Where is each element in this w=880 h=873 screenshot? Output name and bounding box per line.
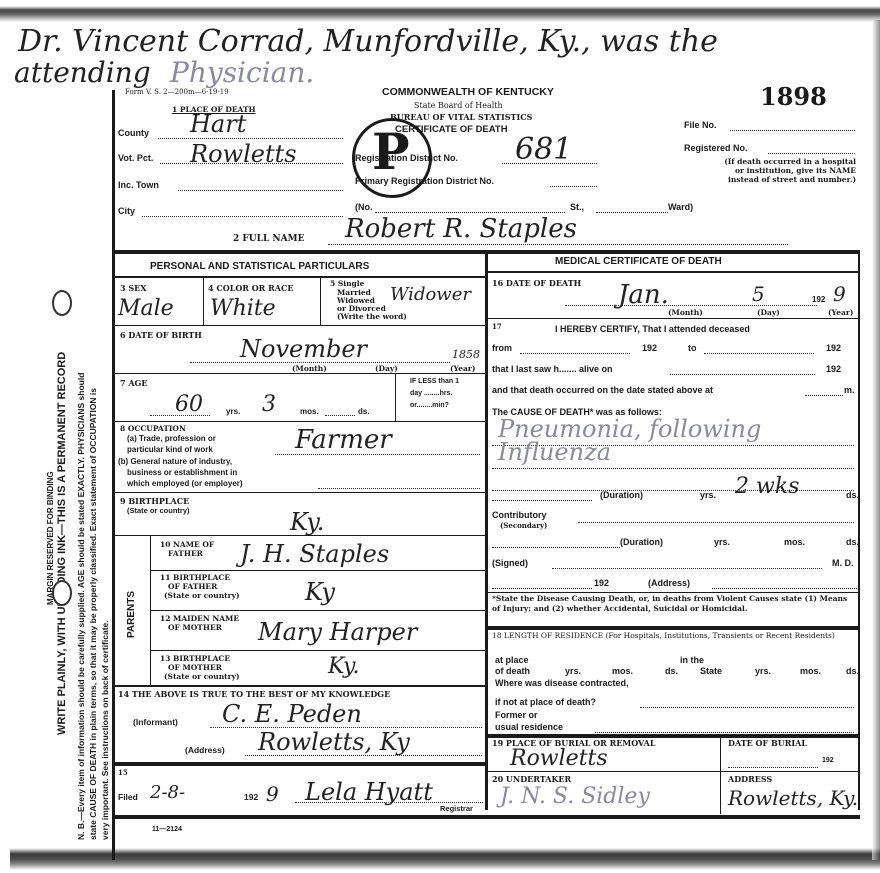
signed-line (552, 568, 822, 569)
age-months[interactable]: 3 (262, 392, 276, 417)
signed-label: (Signed) (492, 558, 528, 568)
occupation-a-1: (a) Trade, profession or (127, 434, 216, 443)
signed-year: 192 (594, 578, 609, 588)
color-label: 4 COLOR OR RACE (208, 283, 293, 293)
margin-instructions-2: state CAUSE OF DEATH in plain terms, so … (88, 388, 98, 840)
where-contracted-label: Where was disease contracted, (495, 678, 629, 688)
at-place-label: at place (495, 655, 529, 665)
occurred-m: m. (844, 385, 855, 395)
occurred-text: and that death occurred on the date stat… (492, 385, 713, 395)
inc-town-line (178, 190, 343, 191)
res-ds-2: ds. (846, 666, 859, 676)
contributory-line (578, 522, 854, 523)
dod-year-prefix: 192 (812, 295, 825, 304)
punch-hole-bottom (52, 580, 72, 606)
last-saw-line (670, 374, 815, 375)
dod-day-caption: (Day) (757, 308, 780, 317)
county-value[interactable]: Hart (190, 110, 246, 138)
usual-residence-label: usual residence (495, 722, 563, 732)
res-yrs-2: yrs. (755, 666, 771, 676)
parents-rule-1 (150, 570, 485, 571)
cause-line3-rule (492, 490, 854, 491)
filed-year-prefix: 192 (244, 792, 258, 802)
paper-edge-right (872, 20, 880, 860)
vot-pct-value[interactable]: Rowletts (190, 140, 297, 168)
res-yrs-1: yrs. (565, 666, 581, 676)
city-line (142, 216, 343, 217)
informant-value[interactable]: C. E. Peden (222, 700, 362, 728)
primary-registration-line (550, 186, 597, 187)
row-rule-3 (115, 421, 485, 422)
row-rule-2 (115, 373, 485, 374)
age-years-line (150, 415, 210, 416)
res-mos-2: mos. (800, 666, 821, 676)
dod-month-caption: (Month) (668, 308, 703, 317)
birthplace-label: 9 BIRTHPLACE (120, 496, 189, 506)
burial-date-label: DATE OF BURIAL (728, 738, 807, 748)
occupation-b-2: business or establishment in (127, 468, 237, 477)
informant-bottom-rule (115, 762, 485, 766)
cause-footnote: *State the Disease Causing Death, or, in… (492, 594, 854, 614)
former-label: Former or (495, 710, 538, 720)
duration-value[interactable]: 2 wks (735, 474, 799, 499)
parents-rule-3 (150, 650, 485, 651)
duration-lead-line (492, 500, 592, 501)
personal-heading: PERSONAL AND STATISTICAL PARTICULARS (150, 261, 369, 272)
age-less-divider (395, 373, 396, 421)
margin-instructions-3: very important. See instructions on back… (100, 620, 110, 840)
duration2-label: (Duration) (620, 537, 663, 547)
color-value[interactable]: White (210, 296, 276, 321)
mother-bp-3: (State or country) (164, 672, 240, 681)
vot-pct-label: Vot. Pct. (118, 153, 153, 163)
duration2-yrs: yrs. (714, 537, 730, 547)
header-board: State Board of Health (414, 101, 503, 110)
burial-divider (720, 736, 721, 814)
city-label: City (118, 206, 135, 216)
file-no-label: File No. (684, 120, 717, 130)
sex-label: 3 SEX (120, 283, 146, 293)
secondary-label: (Secondary) (500, 521, 547, 530)
no-label: (No. (355, 202, 373, 212)
st-label: St., (570, 202, 584, 212)
to-line (704, 353, 814, 354)
less-than-3: or........min? (410, 402, 449, 409)
father-value[interactable]: J. H. Staples (240, 540, 389, 568)
informant-address-label: (Address) (185, 745, 225, 755)
marital-value[interactable]: Widower (390, 284, 471, 305)
undertaker-value[interactable]: J. N. S. Sidley (500, 784, 650, 809)
write-plainly-notice: WRITE PLAINLY, WITH UNFADING INK—THIS IS… (56, 352, 68, 735)
color-marital-divider (320, 277, 321, 325)
father-label-1: 10 NAME OF (160, 540, 214, 549)
dod-line (565, 305, 817, 306)
signed-date-line (492, 588, 592, 589)
res-mos-1: mos. (612, 666, 633, 676)
of-death-label: of death (495, 666, 530, 676)
county-label: County (118, 128, 149, 138)
occupation-b-3: which employed (or employer) (127, 479, 243, 488)
full-name-line (328, 244, 788, 245)
contributory-label: Contributory (492, 510, 547, 520)
bottom-rule (115, 815, 860, 819)
hospital-note: (If death occurred in a hospital or inst… (718, 157, 856, 184)
parents-divider (150, 536, 151, 686)
duration2-mos: mos. (784, 537, 805, 547)
form-number: Form V. S. 2—200m—6-19-19 (125, 88, 229, 96)
header-bureau: BUREAU OF VITAL STATISTICS (390, 112, 532, 122)
md-label: M. D. (832, 558, 854, 568)
medical-address-label: (Address) (648, 578, 690, 588)
less-than-2: day ........hrs. (410, 390, 452, 397)
birthplace-value[interactable]: Ky. (290, 508, 324, 536)
ward-line (596, 212, 668, 213)
row-rule-4 (115, 492, 485, 493)
filed-date[interactable]: 2-8- (150, 782, 185, 803)
medical-rule-1 (487, 318, 858, 319)
center-divider (485, 250, 488, 810)
duration2-lead-line (492, 547, 620, 548)
burial-place-value[interactable]: Rowletts (510, 746, 608, 771)
inc-town-label: Inc. Town (118, 180, 159, 190)
duration-yrs-label: yrs. (700, 490, 716, 500)
mother-bp-1: 13 BIRTHPLACE (160, 654, 230, 663)
parents-rule-2 (150, 610, 485, 611)
marital-label-5: (Write the word) (337, 312, 407, 321)
informant-heading: 14 THE ABOVE IS TRUE TO THE BEST OF MY K… (118, 689, 390, 699)
paper-edge-bottom (10, 848, 880, 870)
occurred-line (805, 395, 843, 396)
medical-address-line (712, 588, 857, 589)
occupation-b-line (318, 488, 480, 489)
medical-heading: MEDICAL CERTIFICATE OF DEATH (555, 256, 722, 267)
registrar-line (295, 802, 483, 803)
parents-bottom-rule (115, 685, 485, 687)
occupation-b-1: (b) General nature of industry, (118, 457, 232, 466)
informant-label: (Informant) (133, 717, 178, 727)
age-label: 7 AGE (120, 378, 148, 388)
birthplace-sub: (State or country) (127, 506, 190, 515)
p-stamp-letter: P (372, 122, 410, 181)
from-line (520, 353, 630, 354)
occupation-a-2: particular kind of work (127, 445, 213, 454)
margin-instructions-1: N. B.—Every item of information should b… (76, 373, 86, 840)
dob-month-caption: (Month) (292, 364, 327, 373)
annotation-line1: Dr. Vincent Corrad, Munfordville, Ky., w… (18, 24, 718, 59)
burial-date-line (728, 767, 818, 768)
dod-day[interactable]: 5 (752, 282, 765, 306)
father-bp-3: (State or country) (164, 591, 240, 600)
mother-value[interactable]: Mary Harper (258, 618, 417, 646)
margin-border (112, 90, 115, 860)
medical-heading-rule (487, 271, 858, 273)
father-bp-1: 11 BIRTHPLACE (160, 573, 230, 582)
duration2-ds: ds. (846, 537, 859, 547)
cause-line2-rule (492, 468, 854, 469)
father-bp-value[interactable]: Ky (305, 578, 335, 606)
registered-no-line (768, 153, 855, 154)
footnote-rule (487, 592, 858, 593)
dod-label: 16 DATE OF DEATH (492, 278, 581, 288)
dob-line (190, 362, 450, 363)
mother-bp-value[interactable]: Ky. (328, 654, 360, 679)
res-ds-1: ds. (665, 666, 678, 676)
dod-year-caption: (Year) (828, 308, 853, 317)
filed-year-suffix[interactable]: 9 (266, 782, 279, 806)
dob-day-caption: (Day) (375, 364, 398, 373)
undertaker-address-value[interactable]: Rowletts, Ky. (728, 786, 858, 810)
undertaker-label: 20 UNDERTAKER (492, 774, 571, 784)
dob-month[interactable]: November (240, 335, 367, 363)
row-rule-1 (115, 325, 485, 326)
undertaker-address-label: ADDRESS (728, 774, 772, 784)
annotation-line2b: Physician. (170, 56, 314, 89)
from-year: 192 (642, 343, 657, 353)
header-title: COMMONWEALTH OF KENTUCKY (382, 86, 554, 98)
mother-bp-2: OF MOTHER (168, 663, 222, 672)
full-name-label: 2 FULL NAME (233, 234, 304, 244)
sex-value[interactable]: Male (118, 296, 174, 321)
mother-label-1: 12 MAIDEN NAME (160, 614, 239, 623)
undertaker-rule (487, 771, 858, 772)
age-days-line (325, 415, 355, 416)
residence-heading: 18 LENGTH OF RESIDENCE (For Hospitals, I… (492, 630, 854, 641)
to-label: to (688, 343, 697, 353)
registration-district-value[interactable]: 681 (515, 132, 572, 167)
full-name-value[interactable]: Robert R. Staples (345, 214, 577, 244)
if-not-line (640, 707, 854, 708)
in-the-label: in the (680, 655, 704, 665)
registrar-label: Registrar (440, 804, 473, 813)
last-saw-year: 192 (826, 364, 841, 374)
mother-label-2: OF MOTHER (168, 623, 222, 632)
if-not-label: if not at place of death? (495, 697, 596, 707)
dod-year-suffix[interactable]: 9 (833, 282, 846, 306)
parents-side-label: PARENTS (126, 591, 137, 638)
paper-edge-top (0, 0, 880, 22)
dob-label: 6 DATE OF BIRTH (120, 330, 202, 340)
primary-registration-label: Primary Registration District No. (355, 176, 494, 186)
ward-label: Ward) (668, 202, 693, 212)
dob-year[interactable]: 1858 (452, 348, 480, 361)
street-no-line (375, 212, 565, 213)
registration-district-label: Registration District No. (355, 153, 458, 163)
dob-year-caption: (Year) (450, 364, 475, 373)
father-bp-2: OF FATHER (168, 582, 217, 591)
informant-address-value[interactable]: Rowletts, Ky (258, 728, 410, 756)
sex-color-divider (203, 277, 204, 325)
to-year: 192 (826, 343, 841, 353)
form-code: 11—2124 (152, 826, 182, 833)
cause-line2[interactable]: Influenza (498, 438, 611, 466)
filed-label: Filed (118, 792, 138, 802)
father-label-2: FATHER (168, 549, 203, 558)
row-rule-5 (115, 535, 485, 536)
registered-no-label: Registered No. (684, 143, 748, 153)
duration-label: (Duration) (600, 490, 643, 500)
certify-text: I HEREBY CERTIFY, That I attended deceas… (555, 324, 750, 334)
duration-ds-label: ds. (846, 490, 859, 500)
burial-date-year: 192 (822, 757, 834, 764)
punch-hole-top (52, 290, 72, 316)
less-than-1: IF LESS than 1 (410, 378, 459, 385)
age-years[interactable]: 60 (175, 392, 203, 417)
file-no-line (730, 130, 855, 131)
county-line (158, 138, 343, 139)
occupation-a-value[interactable]: Farmer (295, 425, 392, 455)
personal-heading-rule (115, 276, 485, 278)
from-label: from (492, 343, 512, 353)
filing-number: 15 (118, 768, 128, 777)
marital-label-1: 5 Single (330, 280, 364, 288)
usual-residence-line (595, 732, 854, 733)
last-saw-text: that I last saw h....... alive on (492, 364, 613, 374)
annotation-line2a: attending (14, 56, 151, 89)
age-mos-label: mos. (300, 407, 319, 416)
state-label: State (700, 666, 722, 676)
age-ds-label: ds. (358, 407, 370, 416)
right-border (858, 250, 860, 810)
occupation-label: 8 OCCUPATION (120, 424, 186, 433)
age-yrs-label: yrs. (226, 407, 240, 416)
stamped-number: 1898 (760, 82, 827, 111)
item-17-number: 17 (492, 322, 502, 331)
